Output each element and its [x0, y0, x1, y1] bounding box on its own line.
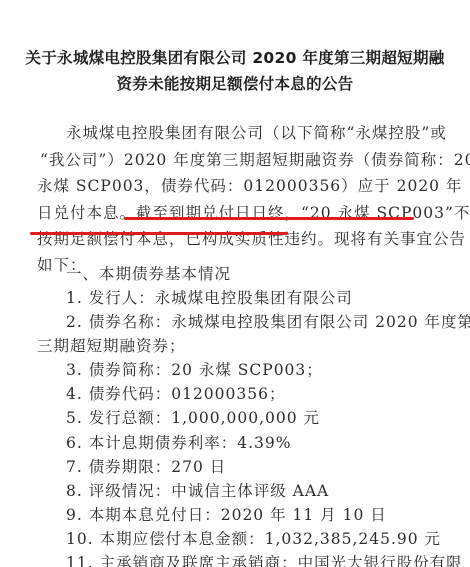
info-item: 5. 发行总额：1,000,000,000 元 [66, 406, 320, 428]
info-item: 2. 债券名称：永城煤电控股集团有限公司 2020 年度第 [66, 310, 470, 332]
title-line-1: 关于永城煤电控股集团有限公司 2020 年度第三期超短期融 [0, 46, 470, 68]
info-item: 8. 评级情况：中诚信主体评级 AAA [66, 479, 329, 501]
info-item: 三期超短期融资券； [37, 334, 186, 356]
info-item: 1. 发行人：永城煤电控股集团有限公司 [66, 286, 353, 308]
info-item: 7. 债券期限：270 日 [66, 455, 226, 477]
title-line-2: 资券未能按期足额偿付本息的公告 [0, 72, 470, 94]
intro-line: 永城煤电控股集团有限公司（以下简称“永煤控股”或 [66, 121, 447, 143]
intro-line: “我公司”）2020 年度第三期超短期融资券（债券简称：20 [40, 148, 470, 170]
info-item: 10. 本期应偿付本息金额：1,032,385,245.90 元 [66, 527, 441, 549]
info-item: 9. 本期本息兑付日：2020 年 11 月 10 日 [66, 503, 387, 525]
info-item: 6. 本计息期债券利率：4.39% [66, 431, 291, 453]
info-item: 11. 主承销商及联席主承销商：中国光大银行股份有限 [66, 551, 463, 567]
intro-line: 按期足额偿付本息，已构成实质性违约。现将有关事宜公告 [37, 227, 466, 249]
info-item: 4. 债券代码：012000356； [66, 382, 285, 404]
red-underline [124, 217, 414, 220]
intro-line: 永煤 SCP003，债券代码：012000356）应于 2020 年 11 月 … [37, 174, 470, 196]
info-item: 3. 债券简称：20 永煤 SCP003； [66, 358, 323, 380]
red-underline [30, 232, 288, 235]
section-heading: 一、本期债券基本情况 [66, 262, 231, 284]
